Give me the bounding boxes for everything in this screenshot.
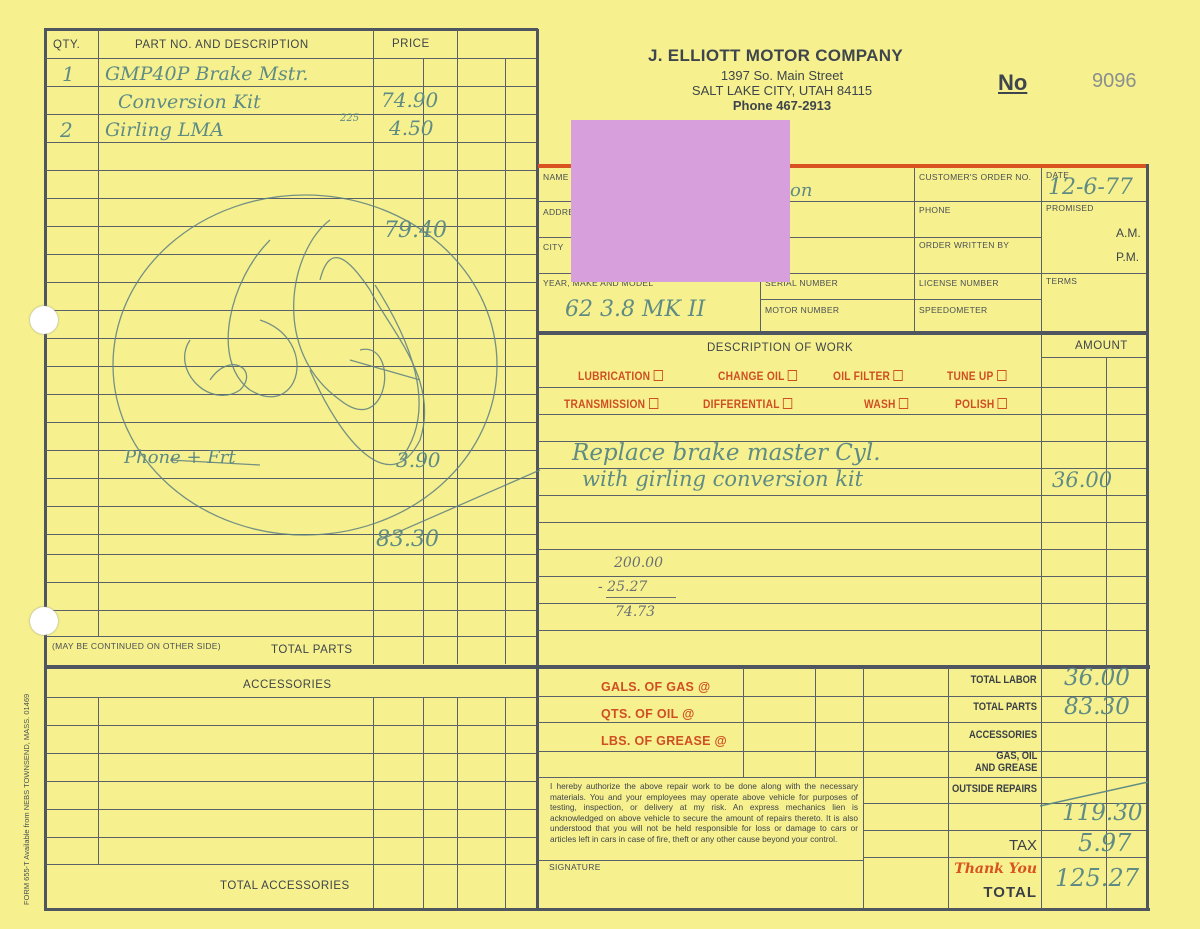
calc-line-2: - 25.27 [598,579,647,595]
company-name: J. ELLIOTT MOTOR COMPANY [648,46,903,66]
amount-header: AMOUNT [1075,340,1128,352]
work-description-line-1: Replace brake master Cyl. [572,440,881,466]
gas-label: GALS. OF GAS @ [601,680,710,694]
customer-name-fragment: on [790,180,812,201]
speedometer-label: SPEEDOMETER [919,305,987,315]
qty-header: QTY. [53,39,80,51]
total-parts-label: TOTAL PARTS [271,644,353,656]
company-city: SALT LAKE CITY, UTAH 84115 [672,83,892,98]
terms-label: TERMS [1046,276,1077,286]
signature-scribble-icon [90,140,560,560]
service-lubrication[interactable]: LUBRICATION [578,369,663,383]
part-row-1-description: GMP40P Brake Mstr. [105,63,308,85]
checkbox-icon[interactable] [997,370,1006,381]
tax-label: TAX [1009,837,1037,854]
checkbox-icon[interactable] [783,398,792,409]
total-labor-label: TOTAL LABOR [971,674,1037,686]
description-header: PART NO. AND DESCRIPTION [135,39,309,51]
vehicle-value: 62 3.8 MK II [565,297,705,322]
work-top-rule [538,331,1149,335]
service-tune-up[interactable]: TUNE UP [947,369,1006,383]
service-oil-filter[interactable]: OIL FILTER [833,369,903,383]
continued-note: (MAY BE CONTINUED ON OTHER SIDE) [52,641,221,651]
invoice-number: 9096 [1092,70,1137,93]
date-value: 12-6-77 [1048,175,1133,200]
city-label: CITY [543,242,564,252]
top-border [44,28,538,31]
gas-oil-grease-label: GAS, OILAND GREASE [975,750,1037,774]
part-row-3-price: 4.50 [389,116,434,140]
redacted-customer-info [571,120,790,282]
part-row-3-description: Girling LMA [105,119,224,141]
motor-number-label: MOTOR NUMBER [765,305,839,315]
part-row-2-price: 74.90 [381,88,438,112]
am-label: A.M. [1116,226,1141,240]
checkbox-icon[interactable] [899,398,908,409]
subtotal-value: 119.30 [1062,800,1142,826]
checkbox-icon[interactable] [649,398,658,409]
service-polish[interactable]: POLISH [955,397,1007,411]
left-border [44,29,47,911]
binder-hole-top [30,306,58,334]
grease-label: LBS. OF GREASE @ [601,734,727,748]
part-row-3-qty: 2 [60,118,73,142]
promised-label: PROMISED [1046,203,1094,213]
total-value: 125.27 [1055,864,1139,892]
outside-repairs-label: OUTSIDE REPAIRS [952,783,1037,795]
invoice-number-label: No [998,70,1027,96]
calc-line-1: 200.00 [614,555,663,571]
total-label: TOTAL [983,884,1037,901]
order-written-by-label: ORDER WRITTEN BY [919,240,1009,250]
calc-line-3: 74.73 [615,604,655,620]
part-row-1-qty: 1 [62,62,75,86]
checkbox-icon[interactable] [788,370,797,381]
work-amount: 36.00 [1052,468,1112,492]
service-change-oil[interactable]: CHANGE OIL [718,369,797,383]
checkbox-icon[interactable] [654,370,663,381]
total-parts-summary-label: TOTAL PARTS [973,701,1037,713]
service-transmission[interactable]: TRANSMISSION [564,397,658,411]
thank-you: Thank You [954,861,1037,877]
part-row-3-note: 225 [340,113,359,124]
authorization-text: I hereby authorize the above repair work… [550,781,858,844]
company-address: 1397 So. Main Street [672,68,892,83]
company-phone: Phone 467-2913 [672,98,892,113]
binder-hole-bottom [30,607,58,635]
accessories-header: ACCESSORIES [243,679,332,691]
customer-order-label: CUSTOMER'S ORDER NO. [919,172,1031,182]
form-footer: FORM 655-T Available from NEBS TOWNSEND,… [22,694,31,905]
tax-value: 5.97 [1078,829,1131,857]
license-number-label: LICENSE NUMBER [919,278,999,288]
total-parts-summary-value: 83.30 [1064,694,1130,720]
signature-label: SIGNATURE [549,862,601,872]
work-description-line-2: with girling conversion kit [582,467,863,491]
oil-label: QTS. OF OIL @ [601,707,695,721]
part-row-2-description: Conversion Kit [118,91,261,113]
signature-field[interactable] [548,872,858,904]
service-differential[interactable]: DIFFERENTIAL [703,397,792,411]
checkbox-icon[interactable] [894,370,903,381]
total-accessories-label: TOTAL ACCESSORIES [220,880,350,892]
name-label: NAME [543,172,569,182]
phone-label: PHONE [919,205,951,215]
pm-label: P.M. [1116,250,1139,264]
bottom-border [44,908,1150,911]
section-divider [44,665,1150,669]
checkbox-icon[interactable] [998,398,1007,409]
price-header: PRICE [392,38,430,50]
service-wash[interactable]: WASH [864,397,908,411]
work-header: DESCRIPTION OF WORK [707,342,853,354]
accessories-summary-label: ACCESSORIES [969,729,1037,741]
total-labor-value: 36.00 [1064,665,1130,691]
